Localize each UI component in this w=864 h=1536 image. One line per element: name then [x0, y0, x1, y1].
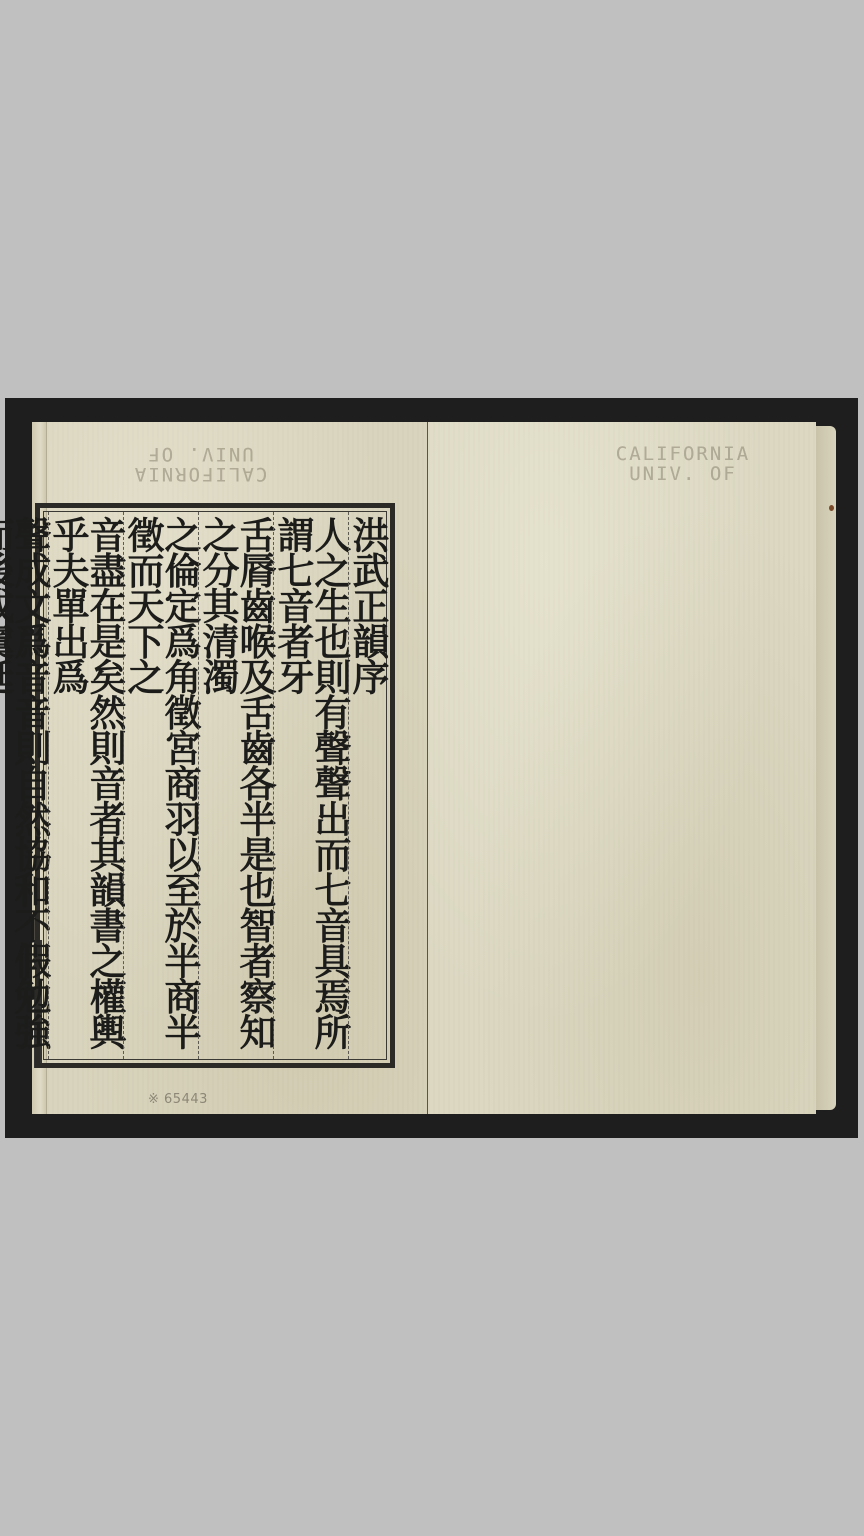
text-column: 舌脣齒喉及舌齒各半是也智者察知之分其清濁 — [198, 512, 273, 1059]
perforation-line: CALIFORNIA — [598, 444, 768, 464]
title-column: 洪武正韻序 — [348, 512, 386, 1059]
document-title: 洪武正韻序 — [349, 516, 386, 694]
column-text: 聲成文爲音音則自然協和不假勉強而後成虞廷 — [0, 516, 48, 1059]
text-column: 聲成文爲音音則自然協和不假勉強而後成虞廷 — [0, 512, 48, 1059]
column-text: 之倫定爲角徵宮商羽以至於半商半徵而天下之 — [124, 516, 198, 1059]
right-page-edge — [816, 426, 836, 1110]
column-text: 人之生也則有聲聲出而七音具焉所謂七音者牙 — [274, 516, 348, 1059]
column-text: 舌脣齒喉及舌齒各半是也智者察知之分其清濁 — [199, 516, 273, 1059]
text-frame: 洪武正韻序 人之生也則有聲聲出而七音具焉所謂七音者牙 舌脣齒喉及舌齒各半是也智者… — [35, 503, 395, 1068]
text-columns: 洪武正韻序 人之生也則有聲聲出而七音具焉所謂七音者牙 舌脣齒喉及舌齒各半是也智者… — [44, 512, 386, 1059]
perforation-line: UNIV. OF — [598, 464, 768, 484]
perforation-stamp-left: CALIFORNIA UNIV. OF — [115, 444, 285, 484]
perforation-line: UNIV. OF — [115, 444, 285, 464]
paper-stain — [829, 505, 834, 511]
text-column: 人之生也則有聲聲出而七音具焉所謂七音者牙 — [273, 512, 348, 1059]
text-column: 音盡在是矣然則音者其韻書之權輿乎夫單出爲 — [48, 512, 123, 1059]
catalog-number-stamp: ※ 65443 — [148, 1092, 208, 1107]
right-page — [428, 422, 816, 1114]
column-text: 音盡在是矣然則音者其韻書之權輿乎夫單出爲 — [49, 516, 123, 1059]
perforation-line: CALIFORNIA — [115, 464, 285, 484]
perforation-stamp-right: CALIFORNIA UNIV. OF — [598, 444, 768, 484]
text-column: 之倫定爲角徵宮商羽以至於半商半徵而天下之 — [123, 512, 198, 1059]
